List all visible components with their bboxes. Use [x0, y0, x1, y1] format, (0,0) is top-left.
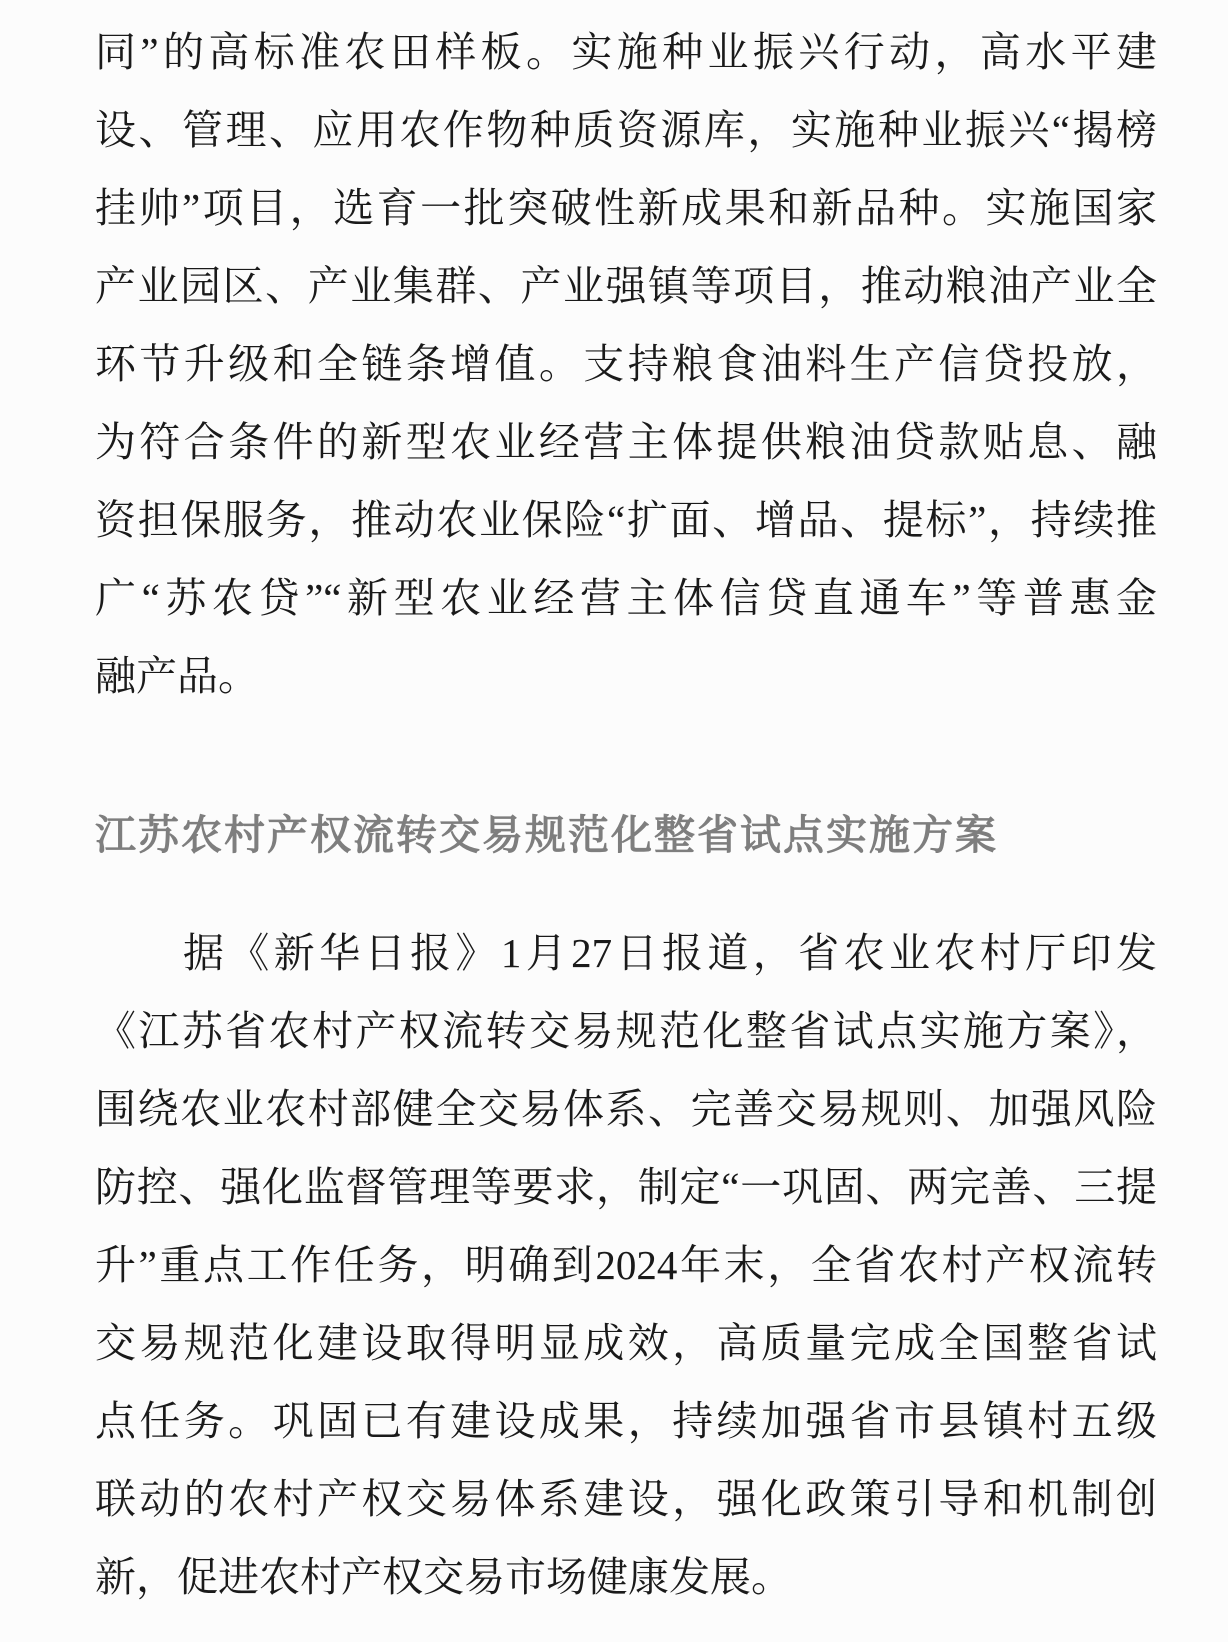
text-line: 升”重点工作任务，明确到2024年末，全省农村产权流转: [95, 1226, 1157, 1304]
text-line: 点任务。巩固已有建设成果，持续加强省市县镇村五级: [95, 1382, 1157, 1460]
text-line: 产业园区、产业集群、产业强镇等项目，推动粮油产业全: [95, 247, 1157, 325]
text-line: 环节升级和全链条增值。支持粮食油料生产信贷投放，: [95, 325, 1157, 403]
text-line: 新，促进农村产权交易市场健康发展。: [95, 1538, 1157, 1616]
text-line: 围绕农业农村部健全交易体系、完善交易规则、加强风险: [95, 1070, 1157, 1148]
section-heading: 江苏农村产权流转交易规范化整省试点实施方案: [95, 796, 1157, 874]
text-line: 交易规范化建设取得明显成效，高质量完成全国整省试: [95, 1304, 1157, 1382]
text-line: 联动的农村产权交易体系建设，强化政策引导和机制创: [95, 1460, 1157, 1538]
text-line: 设、管理、应用农作物种质资源库，实施种业振兴“揭榜: [95, 91, 1157, 169]
paragraph-property-rights-pilot: 据《新华日报》1月27日报道，省农业农村厅印发 《江苏省农村产权流转交易规范化整…: [95, 914, 1157, 1616]
paragraph-grain-industry: 同”的高标准农田样板。实施种业振兴行动，高水平建 设、管理、应用农作物种质资源库…: [95, 13, 1157, 715]
text-line: 防控、强化监督管理等要求，制定“一巩固、两完善、三提: [95, 1148, 1157, 1226]
document-page: 同”的高标准农田样板。实施种业振兴行动，高水平建 设、管理、应用农作物种质资源库…: [0, 0, 1228, 1642]
text-line: 据《新华日报》1月27日报道，省农业农村厅印发: [95, 914, 1157, 992]
text-line: 广“苏农贷”“新型农业经营主体信贷直通车”等普惠金: [95, 559, 1157, 637]
text-line: 同”的高标准农田样板。实施种业振兴行动，高水平建: [95, 13, 1157, 91]
text-line: 挂帅”项目，选育一批突破性新成果和新品种。实施国家: [95, 169, 1157, 247]
text-line: 《江苏省农村产权流转交易规范化整省试点实施方案》，: [95, 992, 1157, 1070]
text-line: 融产品。: [95, 637, 1157, 715]
text-line: 资担保服务，推动农业保险“扩面、增品、提标”，持续推: [95, 481, 1157, 559]
text-line: 为符合条件的新型农业经营主体提供粮油贷款贴息、融: [95, 403, 1157, 481]
